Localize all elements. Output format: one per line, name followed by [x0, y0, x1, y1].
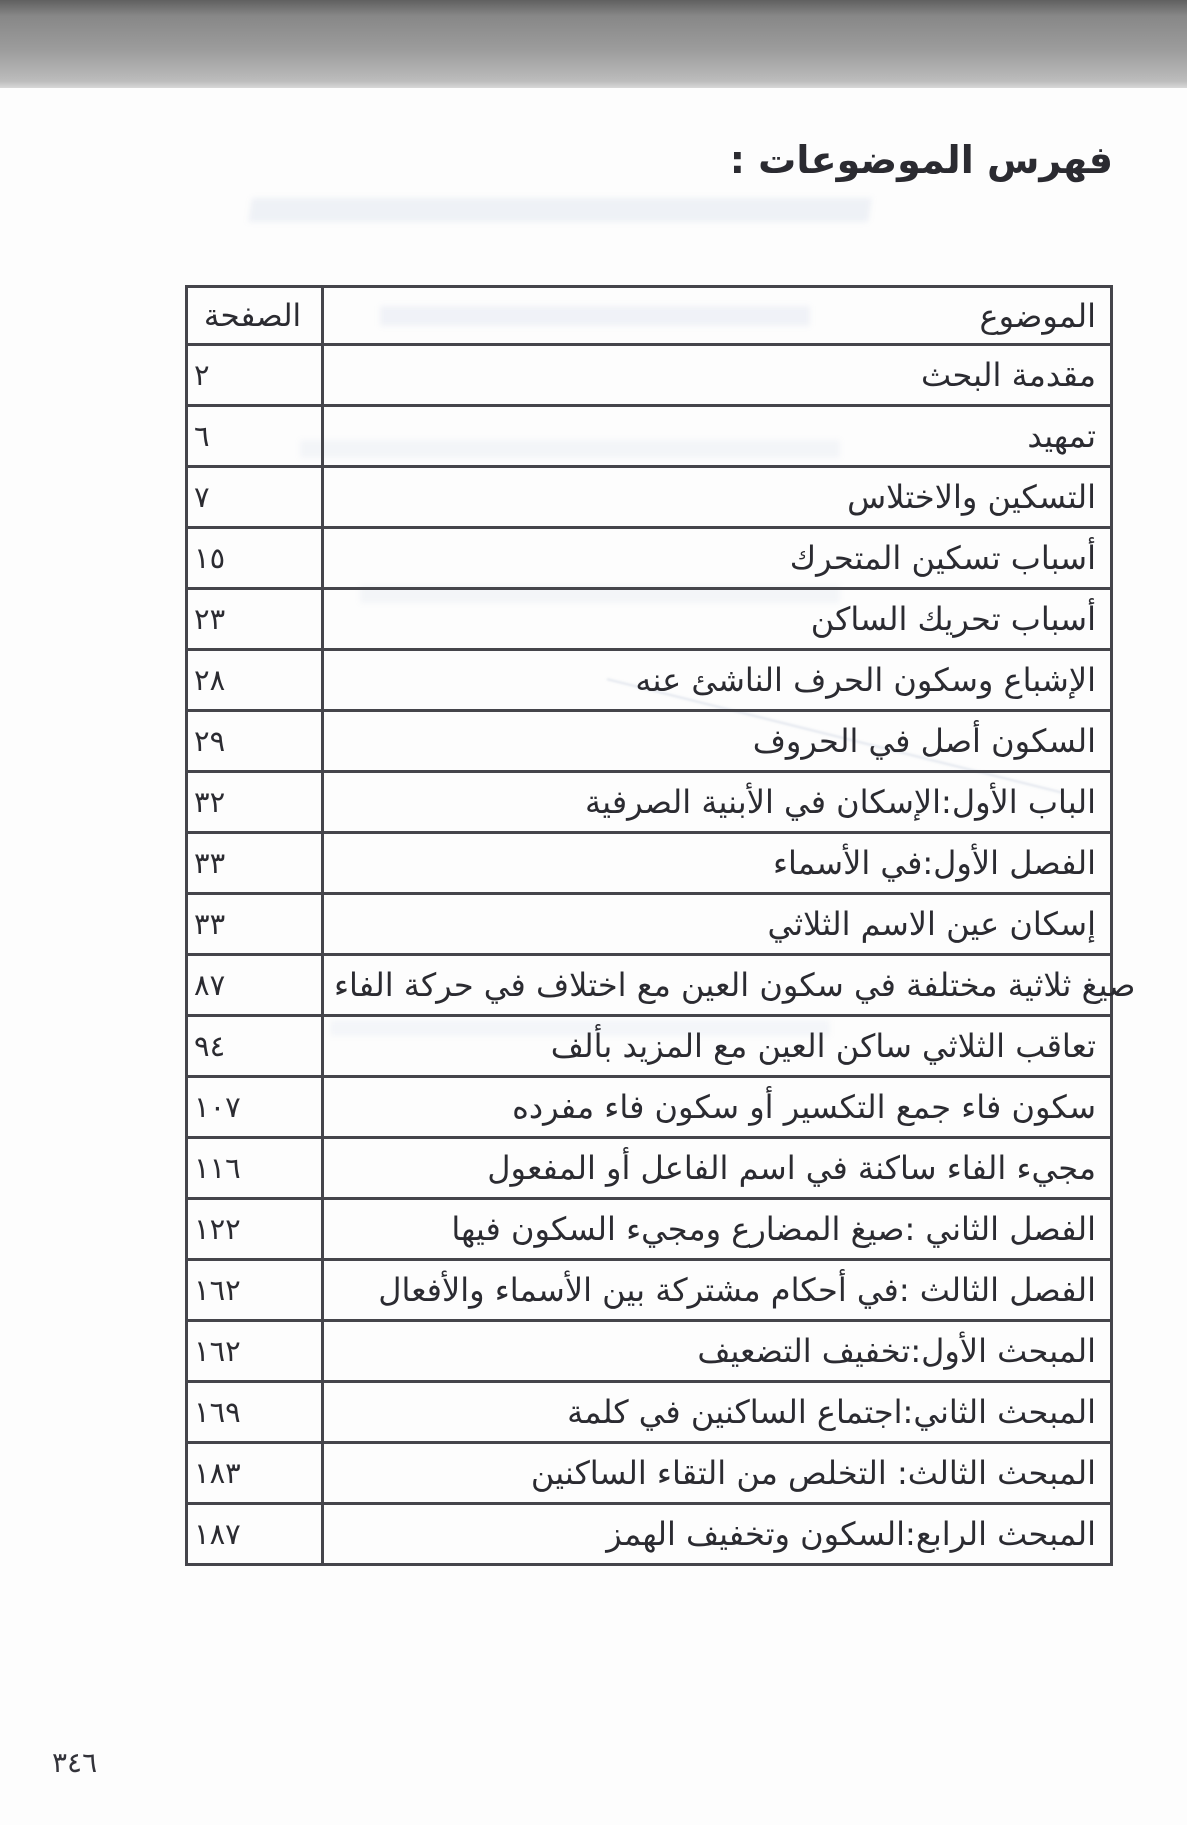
toc-topic-cell: تمهيد	[321, 407, 1110, 465]
toc-page-cell: ٩٤	[188, 1017, 321, 1075]
toc-topic-cell: الفصل الأول:في الأسماء	[321, 834, 1110, 892]
toc-row: ٣٣ إسكان عين الاسم الثلاثي	[188, 892, 1110, 953]
toc-row: ٨٧ صيغ ثلاثية مختلفة في سكون العين مع اخ…	[188, 953, 1110, 1014]
toc-row: ٣٣ الفصل الأول:في الأسماء	[188, 831, 1110, 892]
toc-page-cell: ٨٧	[188, 956, 321, 1014]
scanner-edge-band	[0, 0, 1187, 88]
toc-row: ٢٩ السكون أصل في الحروف	[188, 709, 1110, 770]
toc-row: ٢ مقدمة البحث	[188, 343, 1110, 404]
toc-topic-cell: صيغ ثلاثية مختلفة في سكون العين مع اختلا…	[321, 956, 1149, 1014]
toc-page-cell: ٦	[188, 407, 321, 465]
toc-page-cell: ٧	[188, 468, 321, 526]
toc-topic-cell: الفصل الثاني :صيغ المضارع ومجيء السكون ف…	[321, 1200, 1110, 1258]
toc-page-cell: ٢٩	[188, 712, 321, 770]
toc-row: ٦ تمهيد	[188, 404, 1110, 465]
page-title: فهرس الموضوعات :	[730, 138, 1113, 182]
toc-topic-cell: السكون أصل في الحروف	[321, 712, 1110, 770]
toc-topic-cell: المبحث الأول:تخفيف التضعيف	[321, 1322, 1110, 1380]
toc-page-cell: ٢٨	[188, 651, 321, 709]
toc-topic-cell: المبحث الرابع:السكون وتخفيف الهمز	[321, 1505, 1110, 1563]
toc-row: ١٨٧ المبحث الرابع:السكون وتخفيف الهمز	[188, 1502, 1110, 1563]
folio-page-number: ٣٤٦	[52, 1746, 97, 1779]
toc-topic-cell: الفصل الثالث :في أحكام مشتركة بين الأسما…	[321, 1261, 1110, 1319]
toc-page-cell: ٢	[188, 346, 321, 404]
toc-page-cell: ١٨٧	[188, 1505, 321, 1563]
toc-header-row: الصفحة الموضوع	[188, 288, 1110, 343]
toc-page-cell: ١٦٩	[188, 1383, 321, 1441]
scan-artifact	[248, 198, 871, 222]
toc-row: ٢٨ الإشباع وسكون الحرف الناشئ عنه	[188, 648, 1110, 709]
toc-topic-cell: إسكان عين الاسم الثلاثي	[321, 895, 1110, 953]
toc-row: ٧ التسكين والاختلاس	[188, 465, 1110, 526]
toc-topic-cell: أسباب تسكين المتحرك	[321, 529, 1110, 587]
toc-row: ٢٣ أسباب تحريك الساكن	[188, 587, 1110, 648]
toc-page-cell: ٣٢	[188, 773, 321, 831]
toc-topic-cell: تعاقب الثلاثي ساكن العين مع المزيد بألف	[321, 1017, 1110, 1075]
toc-topic-cell: المبحث الثالث: التخلص من التقاء الساكنين	[321, 1444, 1110, 1502]
toc-row: ٩٤ تعاقب الثلاثي ساكن العين مع المزيد بأ…	[188, 1014, 1110, 1075]
toc-row: ١٦٢ الفصل الثالث :في أحكام مشتركة بين ال…	[188, 1258, 1110, 1319]
toc-topic-cell: التسكين والاختلاس	[321, 468, 1110, 526]
toc-row: ١٨٣ المبحث الثالث: التخلص من التقاء السا…	[188, 1441, 1110, 1502]
toc-page-cell: ١٦٢	[188, 1322, 321, 1380]
toc-page-cell: ١٥	[188, 529, 321, 587]
toc-page-cell: ١٢٢	[188, 1200, 321, 1258]
toc-row: ١٢٢ الفصل الثاني :صيغ المضارع ومجيء السك…	[188, 1197, 1110, 1258]
toc-topic-cell: مقدمة البحث	[321, 346, 1110, 404]
toc-page-cell: ٢٣	[188, 590, 321, 648]
toc-topic-cell: سكون فاء جمع التكسير أو سكون فاء مفرده	[321, 1078, 1110, 1136]
toc-header-topic: الموضوع	[321, 288, 1110, 343]
toc-page-cell: ١١٦	[188, 1139, 321, 1197]
table-of-contents: الصفحة الموضوع ٢ مقدمة البحث ٦ تمهيد ٧ ا…	[185, 285, 1113, 1566]
scanned-document-page: فهرس الموضوعات : الصفحة الموضوع ٢ مقدمة …	[0, 0, 1187, 1825]
toc-topic-cell: الإشباع وسكون الحرف الناشئ عنه	[321, 651, 1110, 709]
toc-topic-cell: الباب الأول:الإسكان في الأبنية الصرفية	[321, 773, 1110, 831]
toc-page-cell: ١٠٧	[188, 1078, 321, 1136]
toc-page-cell: ١٨٣	[188, 1444, 321, 1502]
toc-header-page: الصفحة	[188, 288, 321, 343]
toc-row: ٣٢ الباب الأول:الإسكان في الأبنية الصرفي…	[188, 770, 1110, 831]
toc-topic-cell: مجيء الفاء ساكنة في اسم الفاعل أو المفعو…	[321, 1139, 1110, 1197]
toc-page-cell: ٣٣	[188, 834, 321, 892]
toc-row: ١٦٢ المبحث الأول:تخفيف التضعيف	[188, 1319, 1110, 1380]
toc-page-cell: ١٦٢	[188, 1261, 321, 1319]
toc-row: ١٥ أسباب تسكين المتحرك	[188, 526, 1110, 587]
toc-row: ١١٦ مجيء الفاء ساكنة في اسم الفاعل أو ال…	[188, 1136, 1110, 1197]
toc-row: ١٦٩ المبحث الثاني:اجتماع الساكنين في كلم…	[188, 1380, 1110, 1441]
toc-page-cell: ٣٣	[188, 895, 321, 953]
toc-topic-cell: المبحث الثاني:اجتماع الساكنين في كلمة	[321, 1383, 1110, 1441]
toc-row: ١٠٧ سكون فاء جمع التكسير أو سكون فاء مفر…	[188, 1075, 1110, 1136]
toc-topic-cell: أسباب تحريك الساكن	[321, 590, 1110, 648]
